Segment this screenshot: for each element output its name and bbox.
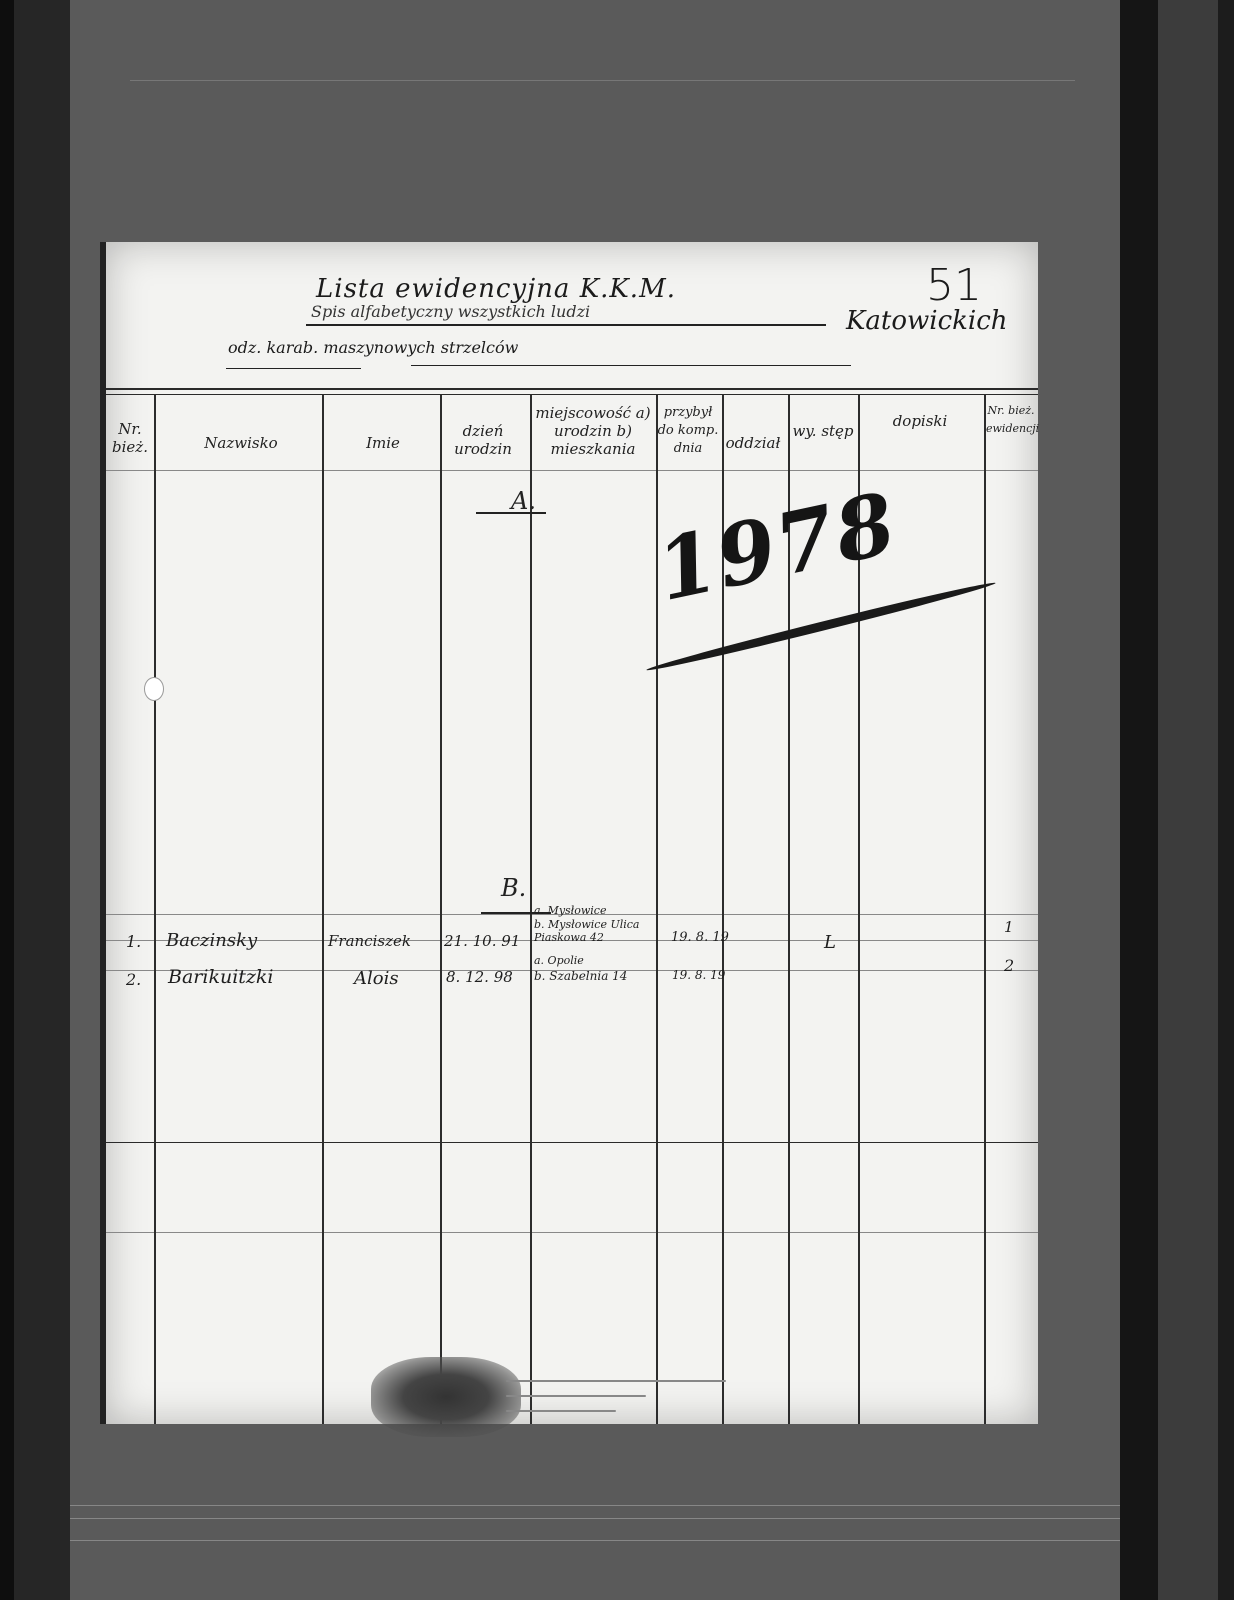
row-nazwisko: Barikuitzki [168,966,274,988]
document-subtitle: odz. karab. maszynowych strzelców [228,338,518,357]
row-miejscowosc-a: a. Opolie [534,954,584,967]
table-top-rule [106,388,1038,390]
punch-hole [144,677,164,701]
column-line [984,394,986,1424]
row-miejscowosc-a: a. Mysłowice [534,904,606,917]
ink-smear [506,1380,726,1382]
row-rule [106,1142,1038,1143]
row-imie: Franciszek [328,932,411,950]
header-nr: Nr. bież. [110,420,150,456]
row-rule [106,1232,1038,1233]
header-nr-ewidencji: Nr. bież. ewidencji [986,402,1036,438]
header-miejscowosc: miejscowość a) urodzin b) mieszkania [532,404,654,458]
section-b-label: B. [501,874,526,902]
film-scratch [70,1505,1120,1506]
section-a-underline [476,512,546,514]
subtitle-underline-1 [226,368,361,369]
section-a-label: A. [511,487,536,515]
document-title-overwritten: Spis alfabetyczny wszystkich ludzi [311,302,590,321]
column-line [440,394,442,1424]
film-scratch [70,1540,1120,1541]
header-dzien-urodzin: dzień urodzin [438,422,528,458]
row-nr: 1. [126,932,141,951]
row-nr-ewidencji: 2 [1004,956,1014,975]
header-oddzial: oddział [718,434,788,452]
row-miejscowosc-b: b. Szabelnia 14 [534,969,627,983]
background-frame-mark [130,80,1075,82]
row-dzien-urodzin: 8. 12. 98 [446,968,513,986]
column-line [322,394,324,1424]
document-title: Lista ewidencyjna K.K.M. [316,274,676,304]
row-imie: Alois [354,968,399,989]
title-underline [306,324,826,326]
header-wystep: wy. stęp [790,422,856,440]
table-top-rule-double [106,394,1038,395]
header-imie: Imie [328,434,438,452]
row-nazwisko: Baczinsky [166,930,257,951]
film-edge-left [0,0,14,1600]
header-bottom-rule [106,470,1038,471]
row-wystep: L [824,932,836,953]
document-place: Katowickich [846,306,1008,336]
page-number: 51 [926,260,982,311]
subtitle-underline-2 [411,365,851,366]
row-przybyl: 19. 8. 19 [671,930,729,945]
ink-blot [371,1357,521,1437]
header-przybyl: przybył do komp. dnia [656,404,720,458]
header-dopiski: dopiski [860,412,980,430]
row-miejscowosc-b: b. Mysłowice Ulica Piaskowa 42 [534,918,664,944]
film-edge-right [1218,0,1234,1600]
row-dzien-urodzin: 21. 10. 91 [444,932,520,950]
row-nr: 2. [126,970,141,989]
ink-smear [506,1395,646,1397]
column-line [154,394,156,1424]
ink-smear [506,1410,616,1412]
film-scratch [70,1518,1120,1519]
column-line [530,394,532,1424]
header-nazwisko: Nazwisko [166,434,316,452]
row-przybyl: 19. 8. 19 [672,968,725,982]
archive-number: 1978 [648,473,905,620]
film-border-right [1120,0,1158,1600]
row-nr-ewidencji: 1 [1004,918,1014,936]
document-page: 51 Lista ewidencyjna K.K.M. Spis alfabet… [100,242,1038,1424]
